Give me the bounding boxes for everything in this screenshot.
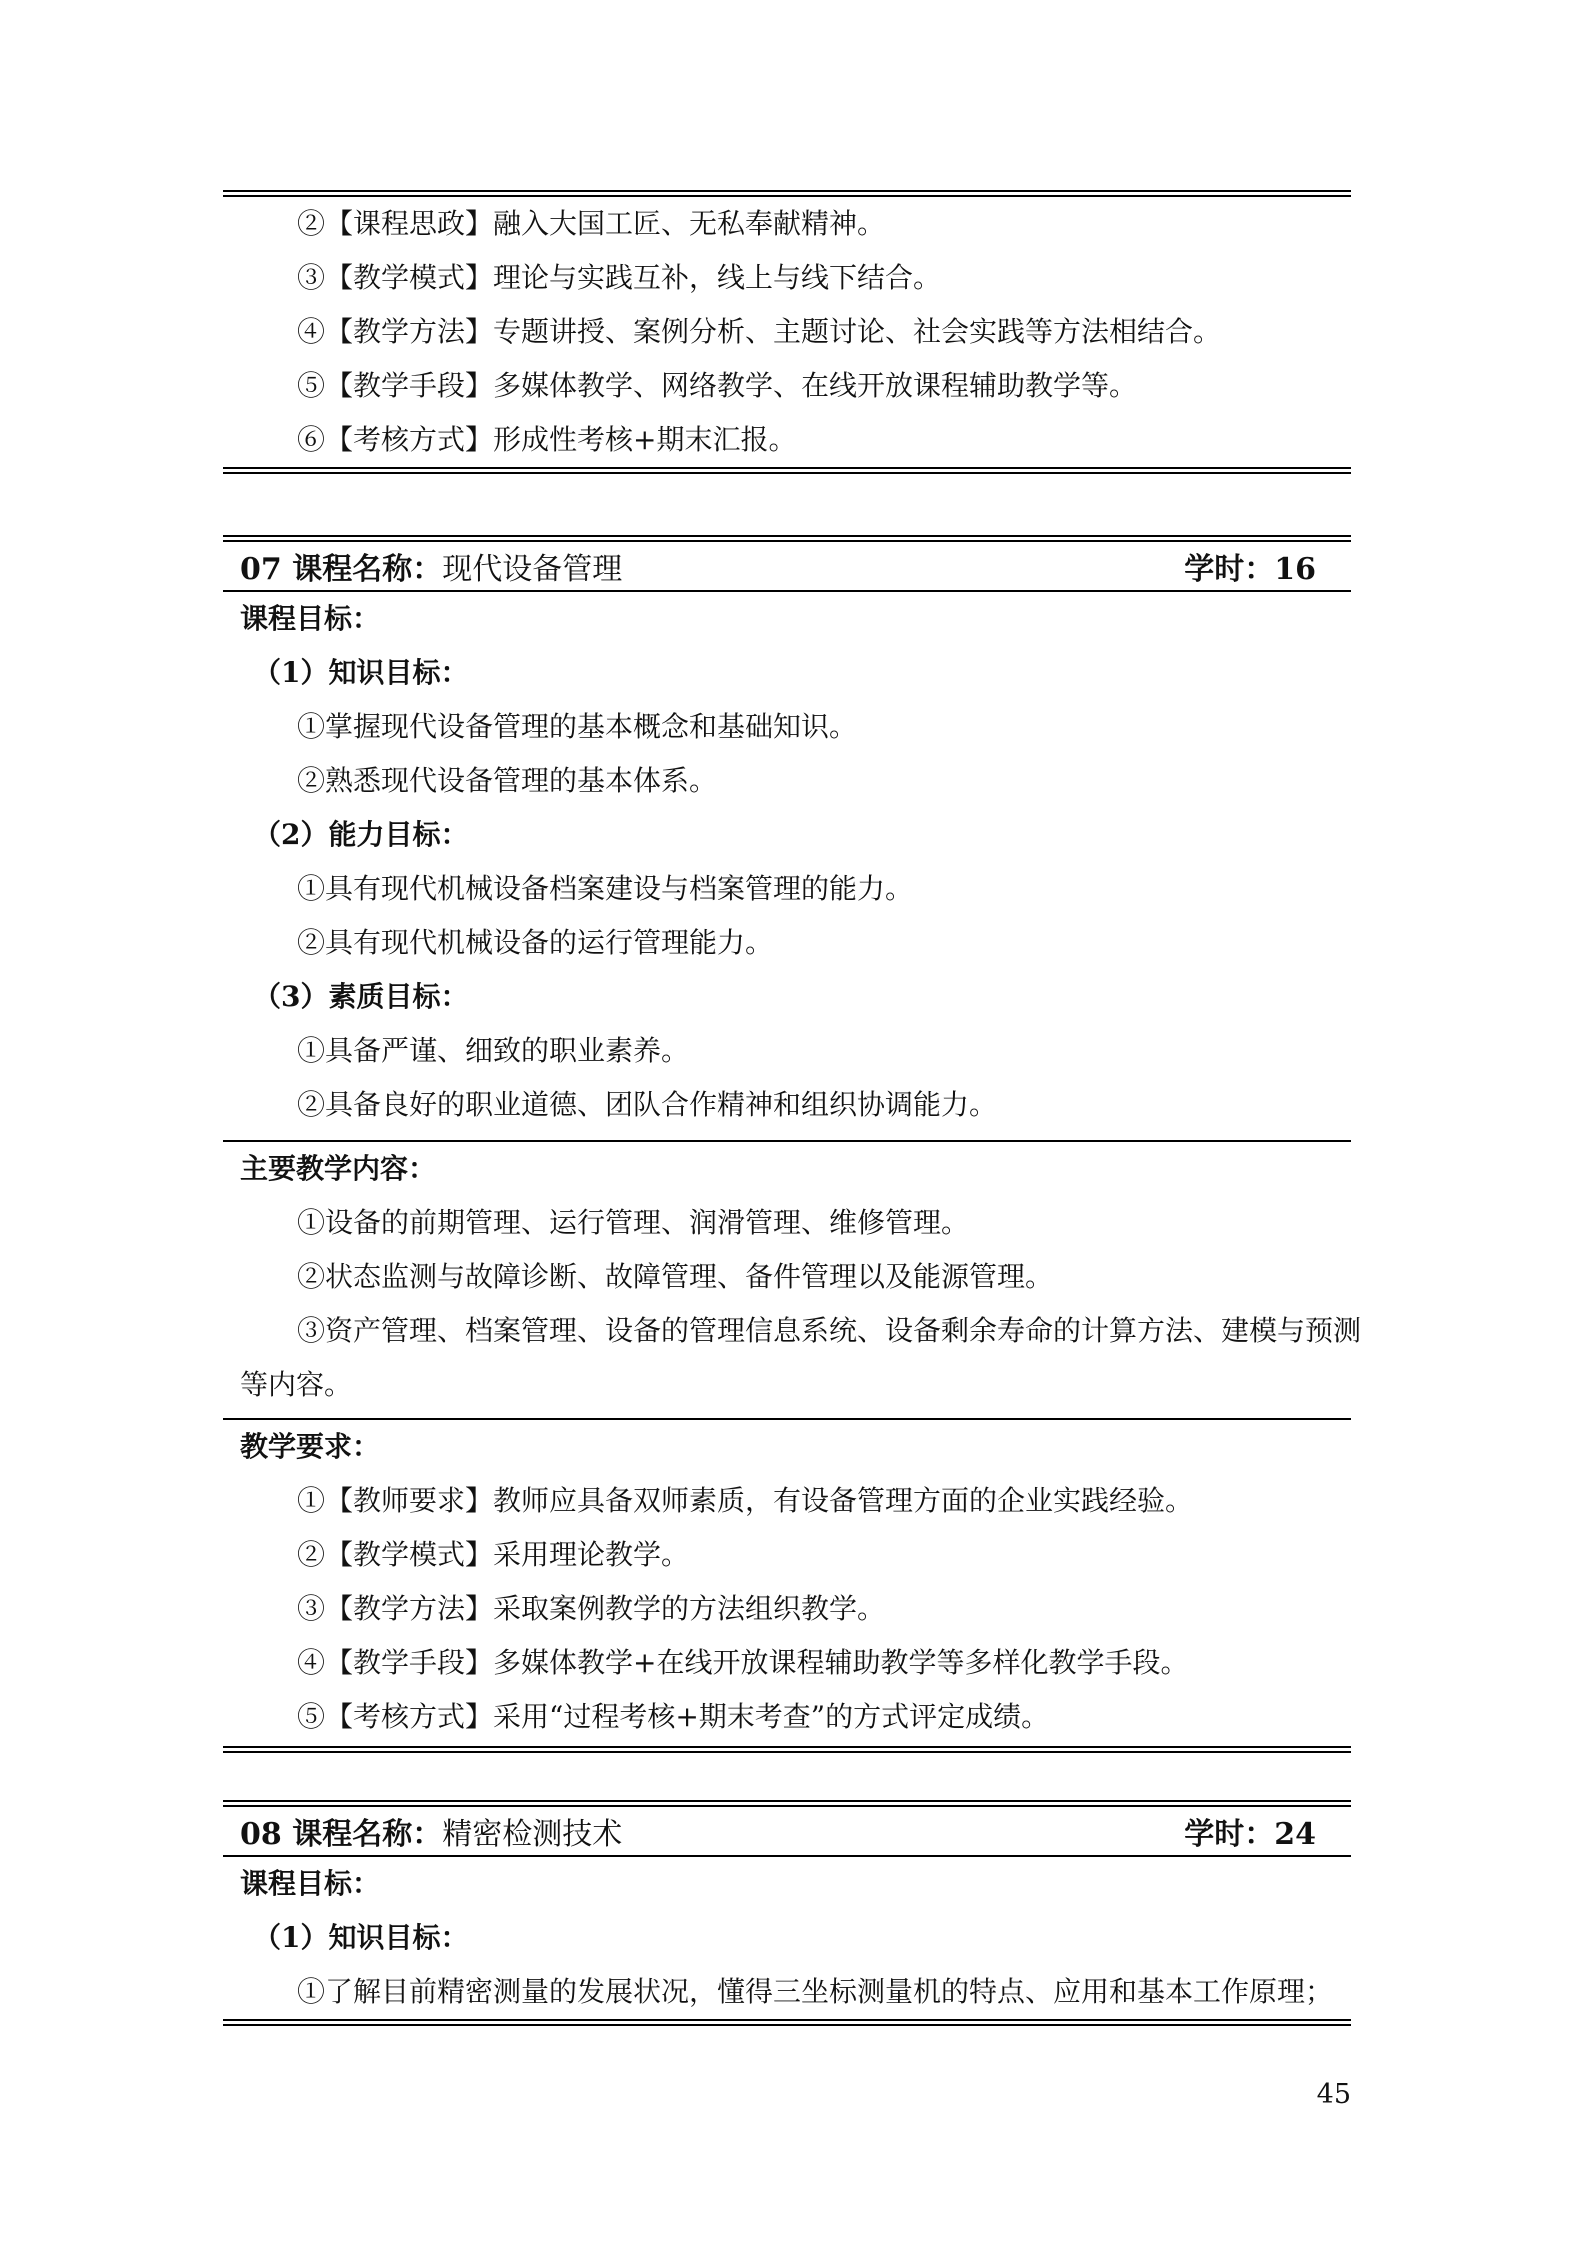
- double-rule: [223, 535, 1351, 542]
- list-item: ③【教学模式】理论与实践互补，线上与线下结合。: [223, 251, 1351, 305]
- list-item: ②具有现代机械设备的运行管理能力。: [223, 916, 1351, 970]
- double-rule-top: [223, 190, 1351, 197]
- list-item: ⑤【教学手段】多媒体教学、网络教学、在线开放课程辅助教学等。: [223, 359, 1351, 413]
- list-item: ③资产管理、档案管理、设备的管理信息系统、设备剩余寿命的计算方法、建模与预测: [223, 1304, 1351, 1358]
- double-rule: [223, 467, 1351, 474]
- list-item: ⑤【考核方式】采用“过程考核+期末考查”的方式评定成绩。: [223, 1690, 1351, 1744]
- section-heading: 主要教学内容：: [223, 1142, 1351, 1196]
- list-item: ②状态监测与故障诊断、故障管理、备件管理以及能源管理。: [223, 1250, 1351, 1304]
- list-item: ②【课程思政】融入大国工匠、无私奉献精神。: [223, 197, 1351, 251]
- list-item: ②具备良好的职业道德、团队合作精神和组织协调能力。: [223, 1078, 1351, 1132]
- list-item: ⑥【考核方式】形成性考核+期末汇报。: [223, 413, 1351, 467]
- subsection-heading: （1）知识目标：: [223, 1911, 1351, 1965]
- page-number: 45: [223, 2078, 1351, 2112]
- course-hours: 学时：16: [1184, 544, 1316, 588]
- subsection-heading: （2）能力目标：: [223, 808, 1351, 862]
- course-title: 精密检测技术: [442, 1817, 622, 1852]
- list-item: ②【教学模式】采用理论教学。: [223, 1528, 1351, 1582]
- course-number-label: 07 课程名称：: [240, 552, 442, 587]
- course-number-label: 08 课程名称：: [240, 1817, 442, 1852]
- section-gap: [223, 1753, 1351, 1800]
- list-item: ①具备严谨、细致的职业素养。: [223, 1024, 1351, 1078]
- course-title: 现代设备管理: [442, 552, 622, 587]
- double-rule-bottom: [223, 2019, 1351, 2026]
- list-item: ④【教学方法】专题讲授、案例分析、主题讨论、社会实践等方法相结合。: [223, 305, 1351, 359]
- section-gap: [223, 474, 1351, 535]
- list-item: ①设备的前期管理、运行管理、润滑管理、维修管理。: [223, 1196, 1351, 1250]
- padding: [223, 1132, 1351, 1140]
- document-page: ②【课程思政】融入大国工匠、无私奉献精神。 ③【教学模式】理论与实践互补，线上与…: [0, 0, 1587, 2245]
- hours-label: 学时：: [1184, 552, 1274, 587]
- hours-value: 16: [1274, 552, 1316, 587]
- double-rule: [223, 1800, 1351, 1807]
- list-item: ①掌握现代设备管理的基本概念和基础知识。: [223, 700, 1351, 754]
- course-name-label: 08 课程名称：精密检测技术: [240, 1809, 622, 1853]
- document-content: ②【课程思政】融入大国工匠、无私奉献精神。 ③【教学模式】理论与实践互补，线上与…: [223, 190, 1351, 2026]
- list-item: ①了解目前精密测量的发展状况，懂得三坐标测量机的特点、应用和基本工作原理；: [223, 1965, 1351, 2019]
- list-item: ①具有现代机械设备档案建设与档案管理的能力。: [223, 862, 1351, 916]
- list-item-continuation: 等内容。: [223, 1358, 1351, 1412]
- section-heading: 课程目标：: [223, 1857, 1351, 1911]
- course-name-label: 07 课程名称：现代设备管理: [240, 544, 622, 588]
- section-heading: 教学要求：: [223, 1420, 1351, 1474]
- list-item: ①【教师要求】教师应具备双师素质，有设备管理方面的企业实践经验。: [223, 1474, 1351, 1528]
- section-heading: 课程目标：: [223, 592, 1351, 646]
- course-hours: 学时：24: [1184, 1809, 1316, 1853]
- double-rule: [223, 1746, 1351, 1753]
- course-07-header: 07 课程名称：现代设备管理 学时：16: [223, 542, 1351, 590]
- list-item: ④【教学手段】多媒体教学+在线开放课程辅助教学等多样化教学手段。: [223, 1636, 1351, 1690]
- hours-label: 学时：: [1184, 1817, 1274, 1852]
- hours-value: 24: [1274, 1817, 1316, 1852]
- list-item: ③【教学方法】采取案例教学的方法组织教学。: [223, 1582, 1351, 1636]
- list-item: ②熟悉现代设备管理的基本体系。: [223, 754, 1351, 808]
- course-08-header: 08 课程名称：精密检测技术 学时：24: [223, 1807, 1351, 1855]
- subsection-heading: （1）知识目标：: [223, 646, 1351, 700]
- subsection-heading: （3）素质目标：: [223, 970, 1351, 1024]
